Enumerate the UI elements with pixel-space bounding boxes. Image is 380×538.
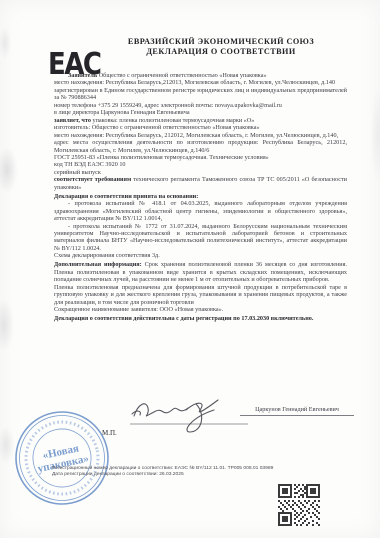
registration-footer: Регистрационный номер декларации о соотв… <box>52 466 352 479</box>
director-line: в лице директора Царкунова Геннадия Евге… <box>54 109 347 116</box>
additional-info-line: Дополнительная информация: Срок хранения… <box>54 261 347 283</box>
director-name: Царкунов Геннадий Евгеньевич <box>240 406 354 416</box>
contacts-line: номер телефона +375 29 1559249, адрес эл… <box>54 102 347 109</box>
production-address-line: адрес места осуществления деятельности п… <box>54 139 347 154</box>
scan-smudge <box>0 20 14 66</box>
applicant-label: Заявитель <box>68 72 97 79</box>
protocol-1-line: - протокола испытаний № 418.1 от 04.03.2… <box>54 200 347 222</box>
applicant-value: Общество с ограниченной ответственностью… <box>97 72 266 79</box>
scan-smudge <box>368 70 380 200</box>
declares-value: упаковка: пленка полиэтиленовая термоуса… <box>91 117 254 124</box>
manufacturer-address-line: место нахождения: Республика Беларусь, 2… <box>54 132 347 139</box>
gost-line: ГОСТ 25951-83 «Пленка полиэтиленовая тер… <box>54 154 347 161</box>
applicant-line: Заявитель Общество с ограниченной ответс… <box>54 72 347 79</box>
conforms-line: соответствует требованиям технического р… <box>54 176 347 191</box>
purpose-line: Пленка полиэтиленовая предназначена для … <box>54 284 347 306</box>
additional-info-label: Дополнительная информация: <box>54 261 142 268</box>
validity-line: Декларация о соответствии действительна … <box>54 315 347 322</box>
tnved-line: код ТН ВЭД ЕАЭС 3920 10 <box>54 161 347 168</box>
seal-place-label: М.П. <box>102 429 117 437</box>
applicant-address-line: место нахождения: Республика Беларусь,21… <box>54 79 347 86</box>
basis-heading-text: Декларация о соответствии принята на осн… <box>54 193 198 200</box>
basis-heading: Декларация о соответствии принята на осн… <box>54 193 347 200</box>
conforms-label: соответствует требованиям <box>54 176 131 183</box>
scheme-line: Схема декларирования соответствия 3д. <box>54 252 347 259</box>
qr-code <box>278 484 320 526</box>
declares-line: заявляет, что упаковка: пленка полиэтиле… <box>54 117 347 124</box>
protocol-2-line: - протокола испытаний № 1772 от 31.07.20… <box>54 223 347 253</box>
declaration-document: ЕАС ЕВРАЗИЙСКИЙ ЭКОНОМИЧЕСКИЙ СОЮЗ ДЕКЛА… <box>0 0 380 538</box>
declares-label: заявляет, что <box>54 117 91 124</box>
short-name-line: Сокращенное наименование заявителя: ООО … <box>54 306 347 313</box>
title-line-union: ЕВРАЗИЙСКИЙ ЭКОНОМИЧЕСКИЙ СОЮЗ <box>96 37 346 47</box>
document-title: ЕВРАЗИЙСКИЙ ЭКОНОМИЧЕСКИЙ СОЮЗ ДЕКЛАРАЦИ… <box>96 37 346 56</box>
registry-line: зарегистрирован в Едином государственном… <box>54 87 347 102</box>
scan-smudge <box>0 138 22 202</box>
title-line-declaration: ДЕКЛАРАЦИЯ О СООТВЕТСТВИИ <box>96 47 346 57</box>
document-body: Заявитель Общество с ограниченной ответс… <box>54 72 347 322</box>
serial-line: серийный выпуск <box>54 169 347 176</box>
scan-smudge <box>0 288 18 362</box>
registration-date-line: Дата регистрации декларации о соответств… <box>52 472 352 478</box>
company-stamp: «Новая упаковка» <box>12 406 112 510</box>
validity-text: Декларация о соответствии действительна … <box>54 315 313 322</box>
manufacturer-line: изготовитель: Общество с ограниченной от… <box>54 124 347 131</box>
